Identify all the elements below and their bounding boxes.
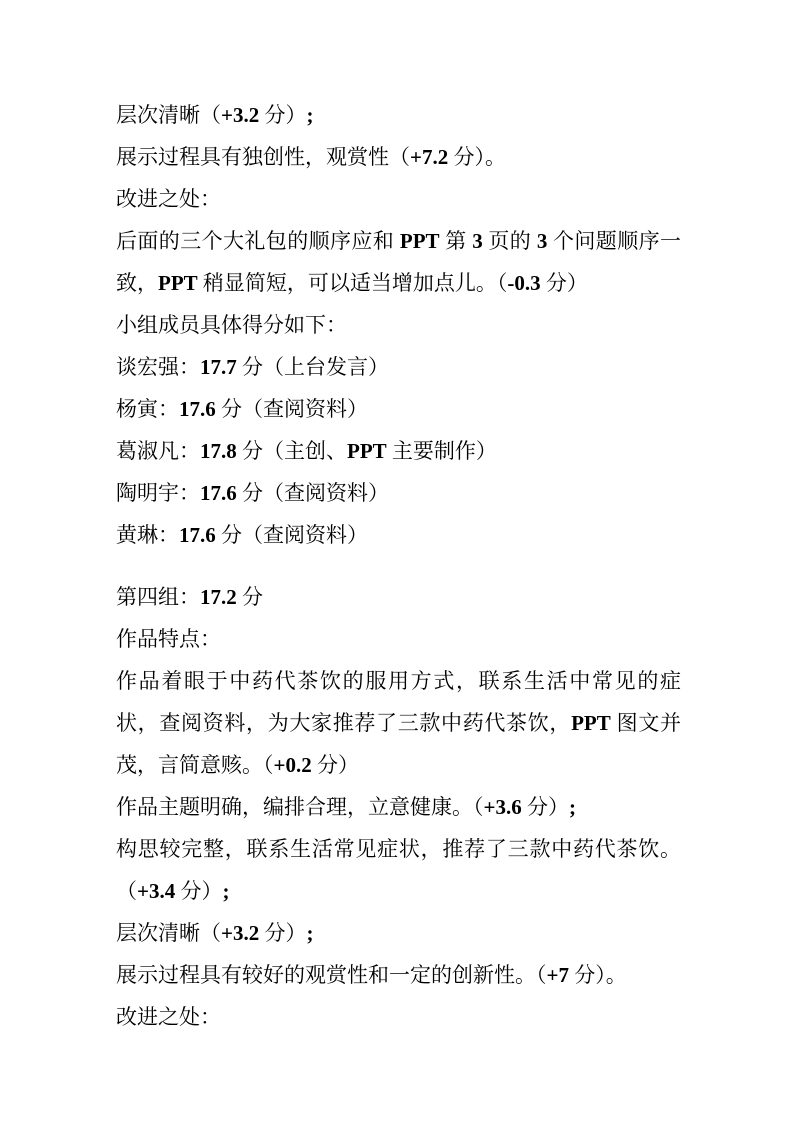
paragraph: 改进之处： — [116, 178, 681, 220]
paragraph: 黄琳：17.6 分（查阅资料） — [116, 514, 681, 556]
paragraph: 层次清晰（+3.2 分）; — [116, 94, 681, 136]
paragraph: 构思较完整，联系生活常见症状，推荐了三款中药代茶饮。（+3.4 分）; — [116, 828, 681, 912]
paragraph: 作品着眼于中药代茶饮的服用方式，联系生活中常见的症状，查阅资料，为大家推荐了三款… — [116, 660, 681, 786]
paragraph: 陶明宇：17.6 分（查阅资料） — [116, 472, 681, 514]
document-page: 层次清晰（+3.2 分）;展示过程具有独创性，观赏性（+7.2 分）。改进之处：… — [0, 0, 794, 1123]
paragraph: 葛淑凡：17.8 分（主创、PPT 主要制作） — [116, 430, 681, 472]
paragraph: 改进之处： — [116, 996, 681, 1038]
document-content: 层次清晰（+3.2 分）;展示过程具有独创性，观赏性（+7.2 分）。改进之处：… — [116, 94, 681, 1038]
paragraph: 谈宏强：17.7 分（上台发言） — [116, 346, 681, 388]
paragraph: 作品主题明确，编排合理，立意健康。（+3.6 分）; — [116, 786, 681, 828]
paragraph: 后面的三个大礼包的顺序应和 PPT 第 3 页的 3 个问题顺序一致，PPT 稍… — [116, 220, 681, 304]
paragraph: 作品特点： — [116, 618, 681, 660]
paragraph: 杨寅：17.6 分（查阅资料） — [116, 388, 681, 430]
section-heading-paragraph: 第四组：17.2 分 — [116, 576, 681, 618]
paragraph: 层次清晰（+3.2 分）; — [116, 912, 681, 954]
paragraph: 小组成员具体得分如下： — [116, 304, 681, 346]
paragraph: 展示过程具有独创性，观赏性（+7.2 分）。 — [116, 136, 681, 178]
paragraph: 展示过程具有较好的观赏性和一定的创新性。（+7 分）。 — [116, 954, 681, 996]
